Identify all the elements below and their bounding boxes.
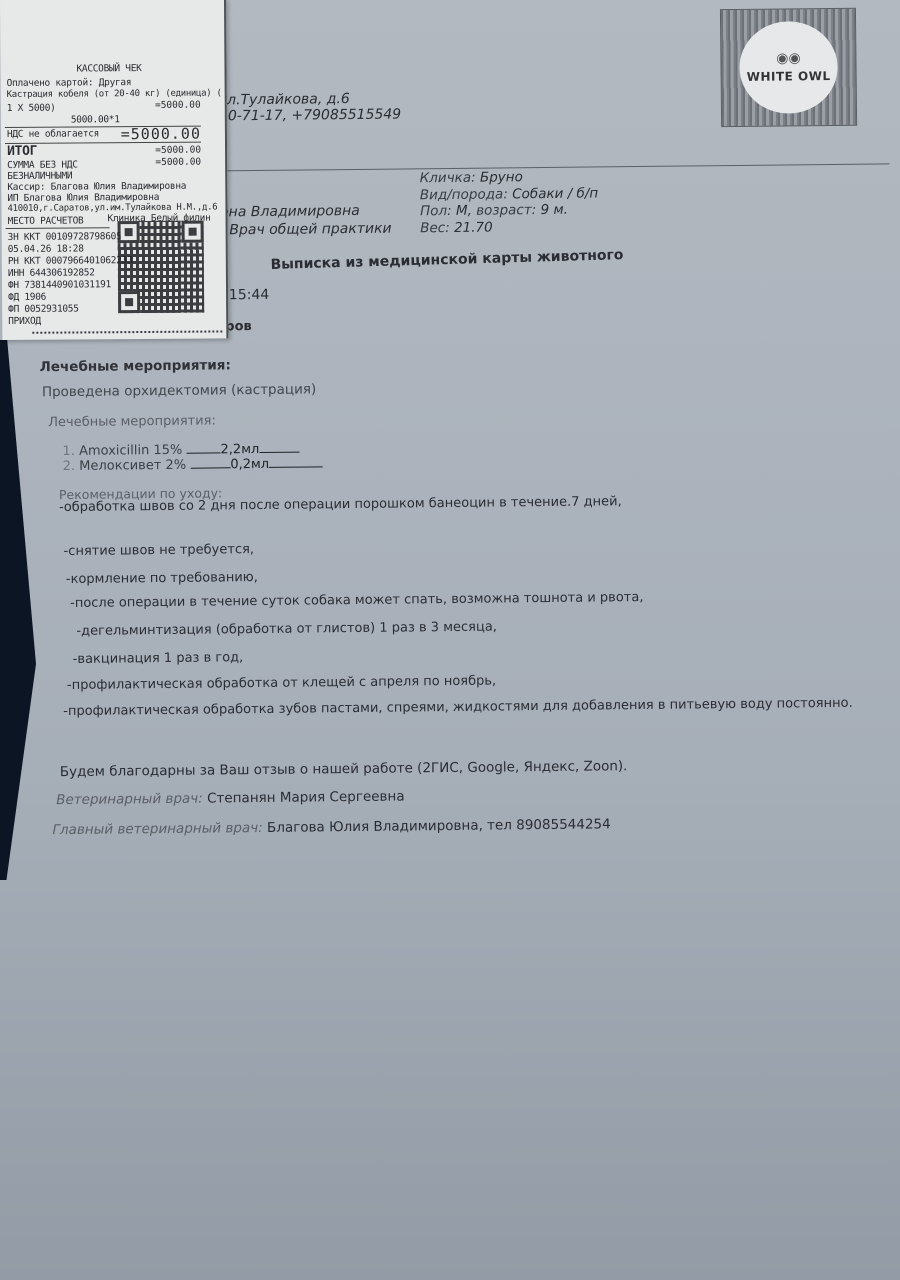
patient-sex: М, bbox=[456, 203, 472, 219]
receipt-total-big: =5000.00 bbox=[121, 125, 201, 144]
clinic-logo: ◉◉ WHITE OWL bbox=[720, 8, 857, 127]
care-item: -вакцинация 1 раз в год, bbox=[73, 650, 244, 667]
receipt-unit-price: 5000.00*1 bbox=[71, 114, 120, 125]
patient-species: Собаки / б/п bbox=[512, 185, 598, 202]
owl-icon: ◉◉ bbox=[776, 51, 801, 65]
receipt-payment-type: БЕЗНАЛИЧНЫМИ bbox=[7, 170, 72, 181]
care-item: -после операции в течение суток собака м… bbox=[70, 590, 643, 611]
receipt-fd: ФД 1906 bbox=[8, 292, 46, 303]
medication-name: Amoxicillin 15% bbox=[79, 443, 182, 459]
receipt-no-vat-amount: =5000.00 bbox=[155, 157, 201, 168]
document-title: Выписка из медицинской карты животного bbox=[270, 247, 623, 273]
veterinarian: Ветеринарный врач: Степанян Мария Сергее… bbox=[56, 788, 405, 808]
treatment-subsection-title: Лечебные мероприятия: bbox=[48, 413, 216, 430]
patient-weight: 21.70 bbox=[454, 219, 493, 235]
receipt-operation-type: ПРИХОД bbox=[8, 316, 41, 327]
care-item: -снятие швов не требуется, bbox=[63, 542, 254, 559]
visit-time: 15:44 bbox=[229, 287, 270, 303]
care-item: -профилактическая обработка от клещей с … bbox=[67, 674, 496, 693]
medication-dose: 0,2мл bbox=[230, 457, 269, 472]
patient-weight-row: Вес: 21.70 bbox=[420, 218, 599, 236]
receipt-zn-kkt: ЗН ККТ 00109728798605 bbox=[8, 231, 122, 243]
receipt-total-label: ИТОГ bbox=[7, 144, 37, 159]
receipt-datetime: 05.04.26 18:28 bbox=[8, 243, 84, 255]
receipt-fp: ФП 0052931055 bbox=[8, 303, 79, 314]
clinic-phones: 50-71-17, +79085515549 bbox=[219, 106, 401, 124]
medication-name: Мелоксивет 2% bbox=[79, 458, 186, 474]
receipt-qty: 1 X 5000) bbox=[7, 103, 56, 114]
receipt-no-vat-label: СУММА БЕЗ НДС bbox=[7, 159, 78, 170]
clinic-address: ул.Тулайкова, д.6 bbox=[219, 91, 350, 108]
receipt-fn: ФН 7381440901031191 bbox=[8, 279, 111, 291]
chief-veterinarian-name: Благова Юлия Владимировна, тел 890855442… bbox=[267, 816, 611, 836]
care-item: -профилактическая обработка зубов пастам… bbox=[63, 696, 853, 719]
medication-item: 2. Мелоксивет 2% 0,2мл bbox=[63, 456, 324, 474]
patient-age: 9 м. bbox=[540, 202, 568, 218]
qr-code bbox=[118, 221, 205, 314]
patient-name-row: Кличка: Бруно bbox=[420, 168, 599, 186]
receipt-item-amount: =5000.00 bbox=[155, 100, 201, 111]
care-item: -дегельминтизация (обработка от глистов)… bbox=[76, 620, 497, 639]
receipt-total-amount: =5000.00 bbox=[155, 145, 201, 156]
review-request: Будем благодарны за Ваш отзыв о нашей ра… bbox=[60, 758, 628, 780]
receipt-vat-note: НДС не облагается bbox=[7, 128, 99, 140]
receipt-inn: ИНН 644306192852 bbox=[8, 267, 95, 279]
receipt-item: Кастрация кобеля (от 20-40 кг) (единица)… bbox=[7, 88, 222, 100]
receipt-title: КАССОВЫЙ ЧЕК bbox=[76, 63, 141, 74]
receipt-tear-edge bbox=[32, 328, 222, 333]
receipt-cashier: Кассир: Благова Юлия Владимировна bbox=[7, 181, 186, 193]
medication-dose: 2,2мл bbox=[220, 442, 259, 457]
chief-veterinarian: Главный ветеринарный врач: Благова Юлия … bbox=[52, 816, 610, 838]
procedure-performed: Проведена орхидектомия (кастрация) bbox=[42, 381, 316, 400]
patient-species-row: Вид/порода: Собаки / б/п bbox=[420, 185, 599, 203]
doctor-position: : Врач общей практики bbox=[220, 221, 392, 239]
receipt-place-label: МЕСТО РАСЧЕТОВ bbox=[8, 215, 84, 227]
treatment-section-title: Лечебные мероприятия: bbox=[40, 357, 231, 375]
receipt-rn-kkt: РН ККТ 0007966401062233 bbox=[8, 255, 133, 267]
patient-sex-age-row: Пол: М, возраст: 9 м. bbox=[420, 201, 599, 219]
logo-text: WHITE OWL bbox=[747, 69, 831, 84]
veterinarian-name: Степанян Мария Сергеевна bbox=[207, 788, 405, 806]
owner-name: ена Владимировна bbox=[220, 203, 360, 220]
partial-heading: ров bbox=[225, 319, 252, 334]
care-item: -кормление по требованию, bbox=[66, 570, 258, 587]
cash-receipt: КАССОВЫЙ ЧЕК Оплачено картой: Другая Кас… bbox=[0, 0, 228, 340]
patient-name: Бруно bbox=[480, 169, 523, 185]
receipt-payment-method: Оплачено картой: Другая bbox=[7, 77, 132, 89]
patient-info: Кличка: Бруно Вид/порода: Собаки / б/п П… bbox=[420, 168, 599, 236]
